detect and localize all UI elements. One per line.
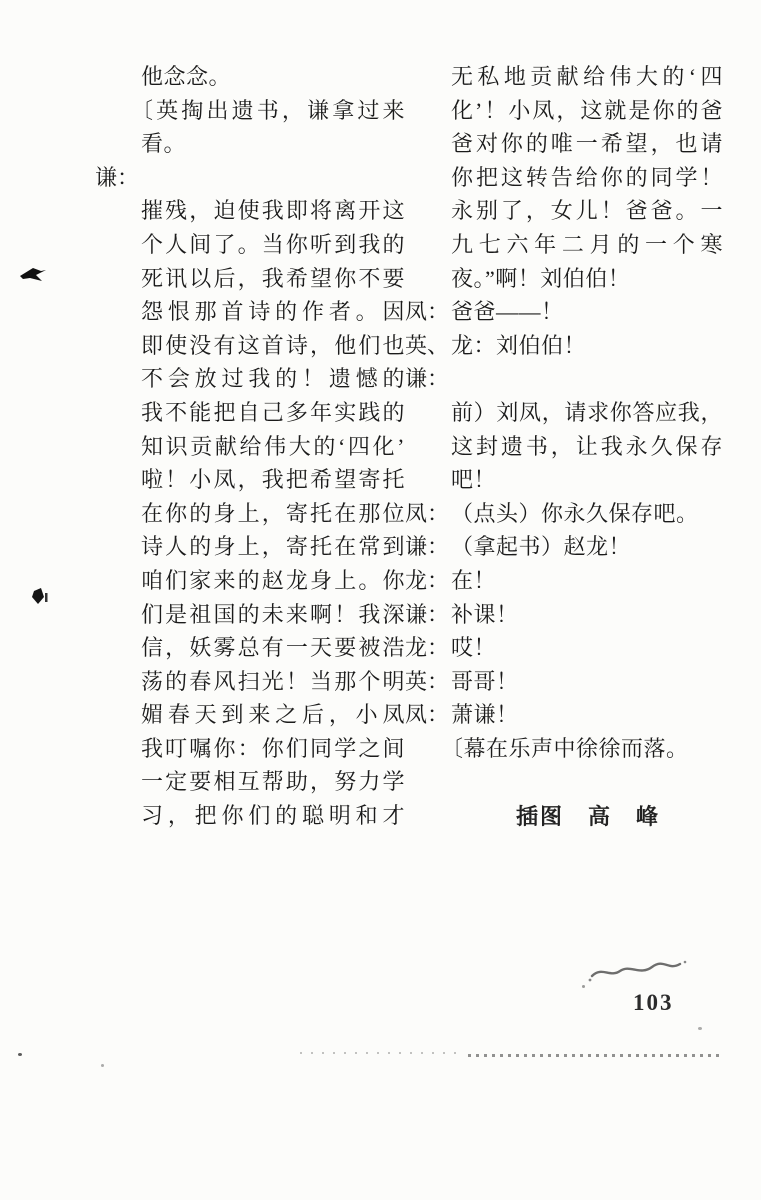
dialogue-line: 英、龙：刘伯伯！	[405, 329, 451, 363]
line-text: 们是祖国的未来啊！我深	[141, 598, 405, 632]
speaker-label: 英：	[405, 665, 451, 699]
text-line: 看。	[95, 127, 405, 161]
pen-scribble-icon	[588, 958, 688, 984]
line-text: 我叮嘱你：你们同学之间	[141, 732, 405, 766]
speaker-label: 谦：	[405, 530, 451, 564]
scan-speckle-line	[468, 1054, 723, 1057]
speaker-label: 凤：	[405, 497, 451, 531]
text-line: 前）刘凤，请求你答应我，	[405, 396, 723, 430]
dialogue-line: 凤：爸爸——！	[405, 295, 451, 329]
text-line: 摧残，迫使我即将离开这	[95, 194, 405, 228]
line-text: 不会放过我的！遗憾的是，	[141, 362, 405, 396]
text-line: 习，把你们的聪明和才智，	[95, 799, 405, 833]
line-text: 哎！	[451, 631, 496, 665]
text-line: 们是祖国的未来啊！我深	[95, 598, 405, 632]
text-line: 咱们家来的赵龙身上。你	[95, 564, 405, 598]
text-line: 个人间了。当你听到我的	[95, 228, 405, 262]
text-line: 知识贡献给伟大的‘四化’	[95, 430, 405, 464]
speaker-label: 英、	[405, 329, 451, 363]
line-text: 〔幕在乐声中徐徐而落。	[441, 732, 723, 766]
text-line: 我叮嘱你：你们同学之间	[95, 732, 405, 766]
line-text: 媚春天到来之后，小凤啊，	[141, 698, 405, 732]
ink-blot-icon	[31, 588, 49, 606]
text-line: 九七六年二月的一个寒	[405, 228, 723, 262]
stage-direction-line: 〔英掏出遗书，谦拿过来	[95, 94, 405, 128]
scan-speck	[101, 1064, 104, 1067]
text-line: 荡的春风扫光！当那个明	[95, 665, 405, 699]
line-text: 补课！	[451, 598, 519, 632]
line-text: 你把这转告给你的同学！	[451, 161, 723, 195]
speaker-label: 龙：	[405, 564, 451, 598]
dialogue-line: 谦：（拿起书）赵龙！	[405, 530, 451, 564]
text-line: 不会放过我的！遗憾的是，	[95, 362, 405, 396]
speaker-label: 谦：	[95, 161, 141, 195]
text-line: 一定要相互帮助，努力学	[95, 765, 405, 799]
dialogue-line: 龙：哎！	[405, 631, 451, 665]
left-text-column: 他念念。〔英掏出遗书，谦拿过来看。谦：（念）“刘凤，病魔和妖魔的摧残，迫使我即将…	[95, 60, 405, 833]
dialogue-line: 凤：萧谦！	[405, 698, 451, 732]
text-line: 即使没有这首诗，他们也	[95, 329, 405, 363]
line-text: 个人间了。当你听到我的	[141, 228, 405, 262]
line-text: 摧残，迫使我即将离开这	[141, 194, 405, 228]
text-line: 吧！	[405, 463, 723, 497]
speaker-label: 凤：	[405, 295, 451, 329]
line-text: 咱们家来的赵龙身上。你	[141, 564, 405, 598]
stage-direction-line: 〔幕在乐声中徐徐而落。	[405, 732, 723, 766]
line-text: 啦！小凤，我把希望寄托	[141, 463, 405, 497]
right-text-column: 无私地贡献给伟大的‘四化’！小凤，这就是你的爸爸对你的唯一希望，也请你把这转告给…	[405, 60, 723, 765]
text-line: 永别了，女儿！爸爸。一	[405, 194, 723, 228]
text-line: 媚春天到来之后，小凤啊，	[95, 698, 405, 732]
line-text: 诗人的身上，寄托在常到	[141, 530, 405, 564]
dialogue-line: 谦：补课！	[405, 598, 451, 632]
scan-speck	[582, 985, 585, 988]
text-line: 化’！小凤，这就是你的爸	[405, 94, 723, 128]
scan-speckle-line	[300, 1052, 460, 1054]
text-line: 信，妖雾总有一天要被浩	[95, 631, 405, 665]
line-text: （拿起书）赵龙！	[451, 530, 631, 564]
line-text: 在！	[451, 564, 496, 598]
dialogue-line: 英：哥哥！	[405, 665, 451, 699]
scan-speck	[18, 1053, 22, 1056]
line-text: 〔英掏出遗书，谦拿过来	[131, 94, 405, 128]
line-text: 爸对你的唯一希望，也请	[451, 127, 723, 161]
line-text: 龙：刘伯伯！	[451, 329, 586, 363]
line-text: 萧谦！	[451, 698, 519, 732]
speaker-label: 谦：	[405, 598, 451, 632]
line-text: 荡的春风扫光！当那个明	[141, 665, 405, 699]
text-line: 诗人的身上，寄托在常到	[95, 530, 405, 564]
dialogue-line: 凤：（点头）你永久保存吧。	[405, 497, 451, 531]
text-line: 夜。”啊！刘伯伯！	[405, 262, 723, 296]
dialogue-line: 谦：（捧着遗书，走到刘凤面	[405, 362, 451, 396]
line-text: 习，把你们的聪明和才智，	[141, 799, 405, 833]
text-line: 怨恨那首诗的作者。因为，	[95, 295, 405, 329]
text-line: 你把这转告给你的同学！	[405, 161, 723, 195]
speaker-label: 谦：	[405, 362, 451, 396]
line-text: 一定要相互帮助，努力学	[141, 765, 405, 799]
line-text: 看。	[141, 127, 405, 161]
line-text: 夜。”啊！刘伯伯！	[451, 262, 723, 296]
text-line: 爸对你的唯一希望，也请	[405, 127, 723, 161]
line-text: 知识贡献给伟大的‘四化’	[141, 430, 405, 464]
line-text: 哥哥！	[451, 665, 519, 699]
dialogue-line: 谦：（念）“刘凤，病魔和妖魔的	[95, 161, 141, 195]
line-text: 无私地贡献给伟大的‘四	[451, 60, 723, 94]
line-text: 信，妖雾总有一天要被浩	[141, 631, 405, 665]
line-text: 即使没有这首诗，他们也	[141, 329, 405, 363]
text-line: 这封遗书，让我永久保存	[405, 430, 723, 464]
line-text: 这封遗书，让我永久保存	[451, 430, 723, 464]
scan-speck	[698, 1027, 702, 1030]
line-text: 他念念。	[141, 60, 405, 94]
line-text: （点头）你永久保存吧。	[451, 497, 699, 531]
dialogue-line: 龙：在！	[405, 564, 451, 598]
text-line: 我不能把自己多年实践的	[95, 396, 405, 430]
speaker-label: 龙：	[405, 631, 451, 665]
line-text: 化’！小凤，这就是你的爸	[451, 94, 723, 128]
page-number: 103	[633, 990, 674, 1016]
text-line: 死讯以后，我希望你不要	[95, 262, 405, 296]
illustrator-caption: 插图 高 峰	[516, 800, 660, 831]
text-line: 在你的身上，寄托在那位	[95, 497, 405, 531]
ink-blot-icon	[20, 265, 48, 285]
book-page: 他念念。〔英掏出遗书，谦拿过来看。谦：（念）“刘凤，病魔和妖魔的摧残，迫使我即将…	[0, 0, 761, 1200]
line-text: 前）刘凤，请求你答应我，	[451, 396, 723, 430]
line-text: 爸爸——！	[451, 295, 564, 329]
text-line: 无私地贡献给伟大的‘四	[405, 60, 723, 94]
speaker-label: 凤：	[405, 698, 451, 732]
line-text: 我不能把自己多年实践的	[141, 396, 405, 430]
line-text: 九七六年二月的一个寒	[451, 228, 723, 262]
text-line: 啦！小凤，我把希望寄托	[95, 463, 405, 497]
line-text: 在你的身上，寄托在那位	[141, 497, 405, 531]
line-text: 吧！	[451, 463, 723, 497]
line-text: 永别了，女儿！爸爸。一	[451, 194, 723, 228]
line-text: 死讯以后，我希望你不要	[141, 262, 405, 296]
line-text: 怨恨那首诗的作者。因为，	[141, 295, 405, 329]
text-line: 他念念。	[95, 60, 405, 94]
